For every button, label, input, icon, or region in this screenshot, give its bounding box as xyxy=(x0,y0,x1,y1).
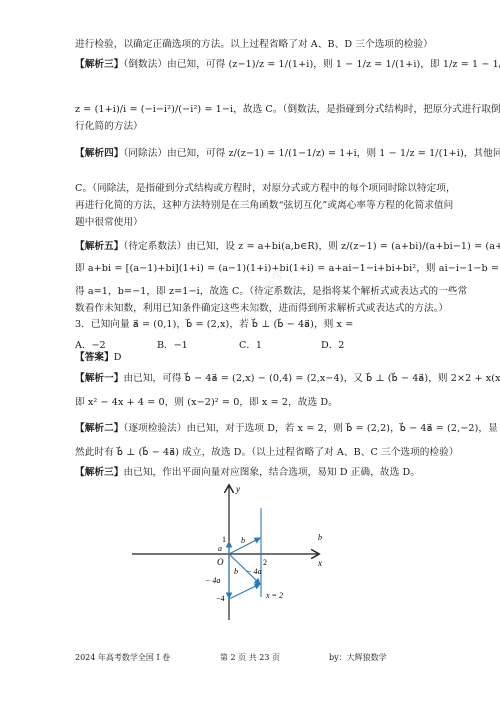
section-tag: 【解析一】 xyxy=(75,373,123,384)
footer-exam-title: 2024 年高考数学全国 I 卷 xyxy=(75,652,170,663)
option-b: B．−1 xyxy=(157,337,239,351)
vector-b xyxy=(229,538,260,554)
q3-solution-1-line: 【解析一】由已知，可得 b⃗ − 4a⃗ = (2,x) − (0,4) = (… xyxy=(75,372,500,385)
document-page: 进行检验，以确定正确选项的方法。以上过程省略了对 A、B、D 三个选项的检验） … xyxy=(0,0,500,707)
solution-text: （同除法）由已知，可得 z/(z−1) = 1/(1−1/z) = 1+i，则 … xyxy=(123,148,500,159)
axis-label-y: y xyxy=(235,484,240,494)
section-tag: 【解析四】 xyxy=(75,148,123,159)
section-tag: 【解析三】 xyxy=(75,59,123,70)
section-tag: 【解析三】 xyxy=(75,467,123,478)
legend-b-label: b⃗ xyxy=(318,533,328,542)
tick-label-2: 2 xyxy=(263,558,267,567)
solution-text: 由已知，作出平面向量对应图象，结合选项，易知 D 正确，故选 D。 xyxy=(123,467,419,478)
text-line: C。（同除法，是指碰到分式结构或方程时，对原分式或方程中的每个项同时除以特定项， xyxy=(75,182,456,195)
option-c: C．1 xyxy=(239,337,321,351)
answer-tag: 【答案】 xyxy=(75,352,114,363)
tick-label-neg4: −4 xyxy=(216,594,225,603)
answer-options: A．−2 B．−1 C．1 D．2 xyxy=(75,337,405,351)
vector-b-translated xyxy=(229,584,260,599)
line-x-equals-2-label: x = 2 xyxy=(265,591,283,600)
text-line: 行化简的方法） xyxy=(75,120,143,133)
answer-value: D xyxy=(114,352,122,363)
footer-author: by：大辉狼数学 xyxy=(329,652,387,663)
text-line: 然此时有 b⃗ ⊥ (b⃗ − 4a⃗) 成立，故选 D。（以上过程省略了对 A… xyxy=(75,446,459,459)
text-line: 再进行化简的方法，这种方法特别是在三角函数“弦切互化”或离心率等方程的化简求值问 xyxy=(75,199,453,212)
solution-text: （逐项检验法）由已知，对于选项 D，若 x = 2，则 b⃗ = (2,2)，b… xyxy=(123,423,497,434)
axis-label-x: x xyxy=(317,558,322,568)
q3-solution-2-line: 【解析二】（逐项检验法）由已知，对于选项 D，若 x = 2，则 b⃗ = (2… xyxy=(75,422,498,435)
solution-text: （倒数法）由已知，可得 (z−1)/z = 1/(1+i)，则 1 − 1/z … xyxy=(123,59,500,70)
option-d: D．2 xyxy=(321,337,403,351)
vector-b-minus-4a xyxy=(229,554,260,584)
text-line: z = (1+i)/i = (−i−i²)/(−i²) = 1−i，故选 C。（… xyxy=(75,103,500,116)
vector-b-label: b⃗ xyxy=(241,536,251,545)
vector-a-label: a⃗ xyxy=(218,544,228,553)
vector-neg-4a-label: − 4a⃗ xyxy=(205,576,227,585)
solution-5-line: 【解析五】（待定系数法）由已知，设 z = a+bi(a,b∈R)，则 z/(z… xyxy=(75,240,500,253)
section-tag: 【解析五】 xyxy=(75,241,123,252)
solution-text: 由已知，可得 b⃗ − 4a⃗ = (2,x) − (0,4) = (2,x−4… xyxy=(123,373,500,384)
question-3-stem: 3．已知向量 a⃗ = (0,1)，b⃗ = (2,x)，若 b⃗ ⊥ (b⃗ … xyxy=(75,318,353,331)
tick-label-1: 1 xyxy=(222,535,226,544)
vector-b-minus-4a-label: b⃗ − 4a⃗ xyxy=(234,567,268,576)
text-line: 题中很常使用） xyxy=(75,216,143,229)
text-line: 即 x² − 4x + 4 = 0，则 (x−2)² = 0，即 x = 2，故… xyxy=(75,396,338,409)
solution-text: （待定系数法）由已知，设 z = a+bi(a,b∈R)，则 z/(z−1) =… xyxy=(123,241,500,252)
solution-4-line: 【解析四】（同除法）由已知，可得 z/(z−1) = 1/(1−1/z) = 1… xyxy=(75,147,500,160)
q3-solution-3-line: 【解析三】由已知，作出平面向量对应图象，结合选项，易知 D 正确，故选 D。 xyxy=(75,466,420,479)
option-a: A．−2 xyxy=(75,337,157,351)
section-tag: 【解析二】 xyxy=(75,423,123,434)
answer-line: 【答案】D xyxy=(75,351,122,364)
footer-page-number: 第 2 页 共 23 页 xyxy=(220,652,280,663)
origin-label: O xyxy=(217,557,224,567)
solution-3-line: 【解析三】（倒数法）由已知，可得 (z−1)/z = 1/(1+i)，则 1 −… xyxy=(75,58,500,71)
text-line: 进行检验，以确定正确选项的方法。以上过程省略了对 A、B、D 三个选项的检验） xyxy=(75,38,433,51)
